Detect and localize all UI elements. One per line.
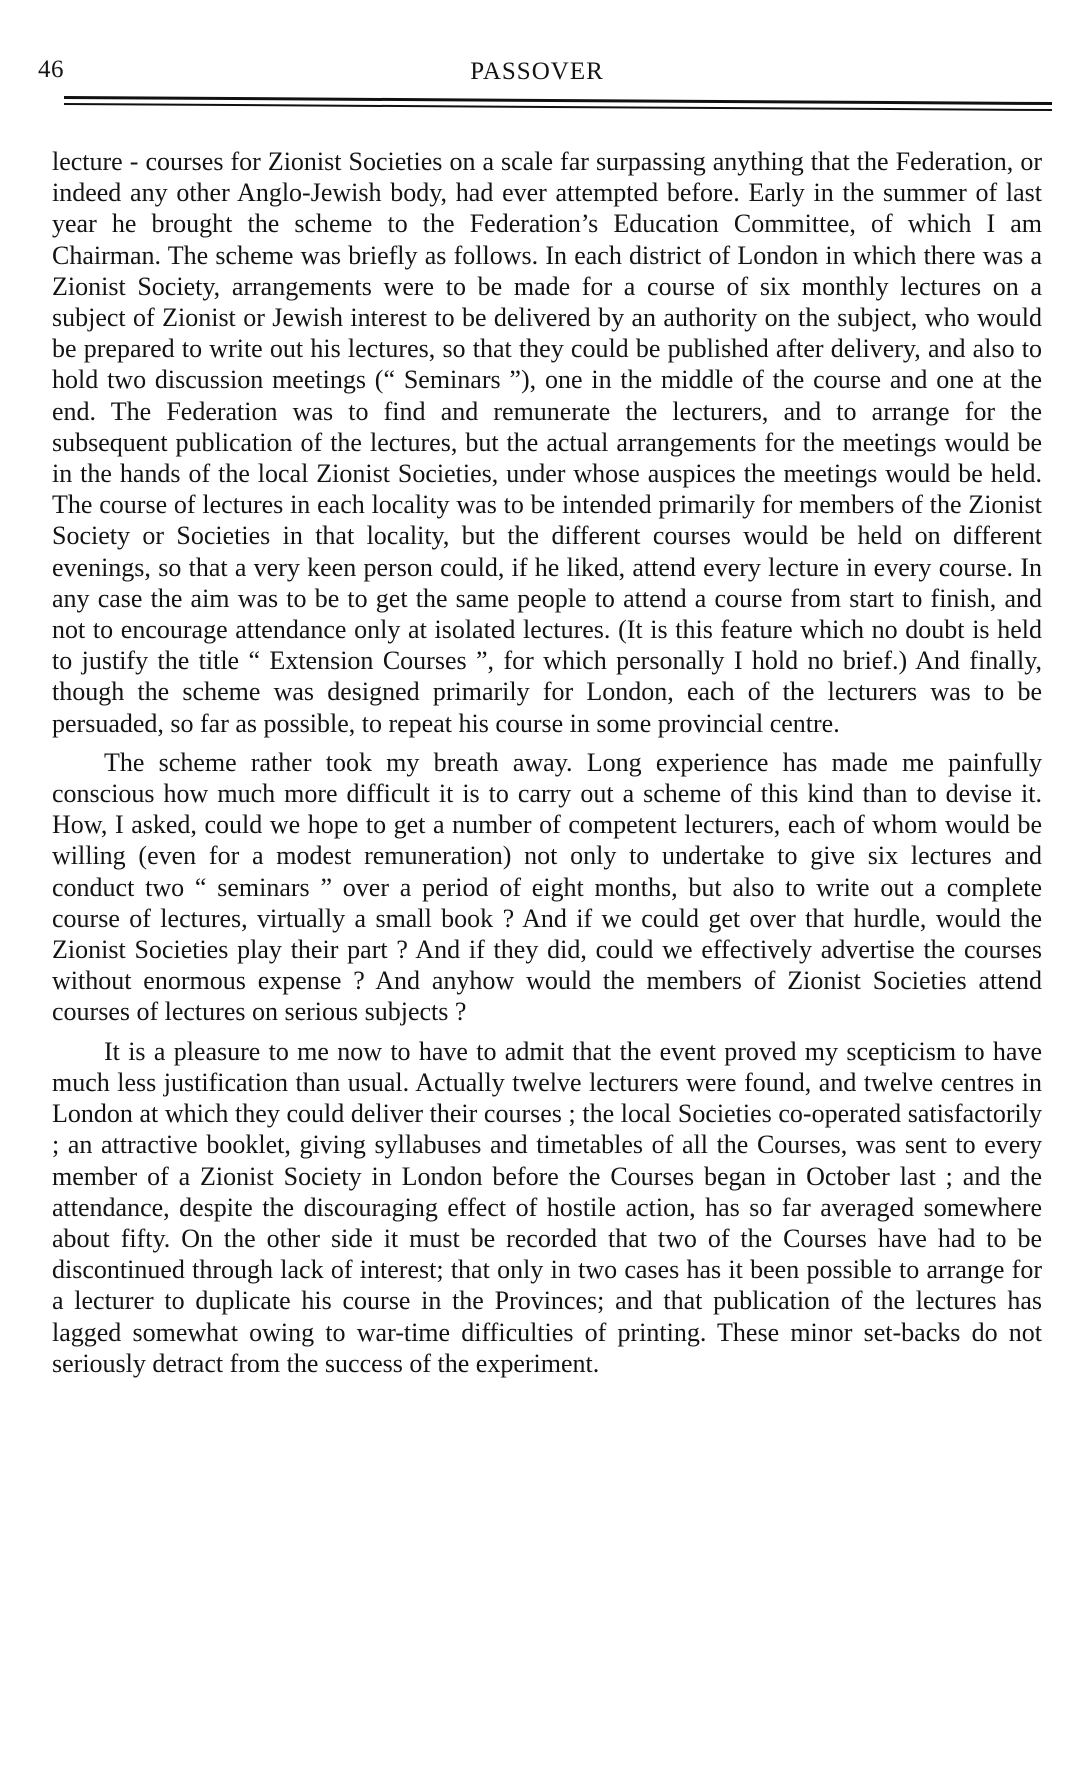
rule-line-thin [64, 103, 1052, 111]
paragraph: The scheme rather took my breath away. L… [52, 747, 1042, 1028]
body-text: lecture - courses for Zionist Societies … [52, 146, 1042, 1379]
running-head: 46 PASSOVER [38, 50, 1052, 90]
paragraph: It is a pleasure to me now to have to ad… [52, 1036, 1042, 1379]
paragraph-continued: lecture - courses for Zionist Societies … [52, 146, 1042, 739]
header-double-rule [64, 96, 1052, 112]
running-title: PASSOVER [38, 58, 1052, 86]
